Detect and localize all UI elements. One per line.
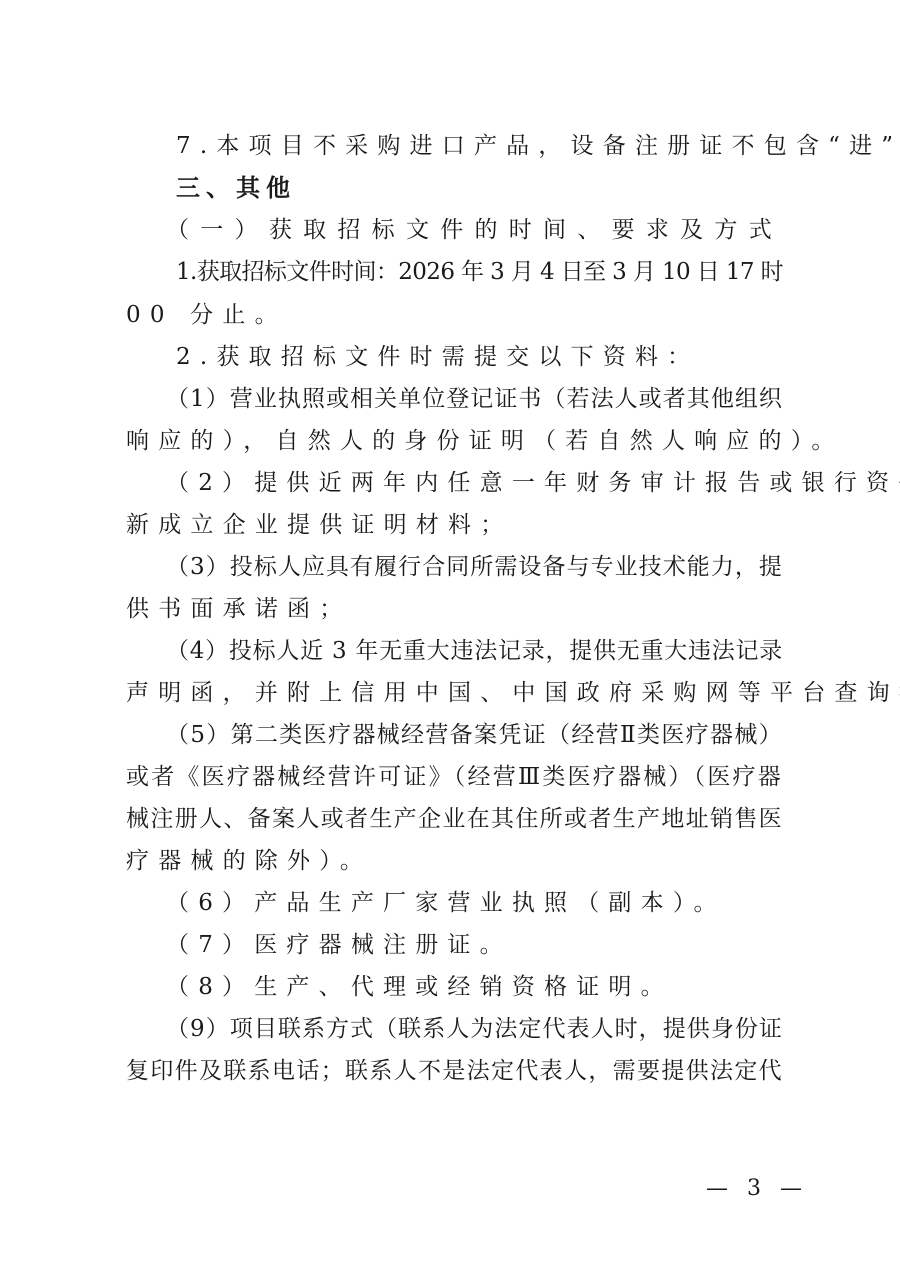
text-line: （8）生产、代理或经销资格证明。 — [166, 972, 673, 1002]
text-line: 供书面承诺函； — [126, 594, 351, 624]
text-line: （1）营业执照或相关单位登记证书（若法人或者其他组织 — [166, 384, 783, 414]
section-heading: 三、其他 — [176, 173, 296, 203]
text-line: 00 分止。 — [126, 300, 287, 330]
text-line: 或者《医疗器械经营许可证》（经营Ⅲ类医疗器械）（医疗器 — [126, 762, 783, 792]
text-line: （6）产品生产厂家营业执照（副本）。 — [166, 888, 726, 918]
text-line: （2）提供近两年内任意一年财务审计报告或银行资信证明； — [166, 468, 900, 498]
text-line: 1.获取招标文件时间：2026 年 3 月 4 日至 3 月 10 日 17 时 — [176, 257, 783, 287]
text-line: 械注册人、备案人或者生产企业在其住所或者生产地址销售医 — [126, 804, 783, 834]
text-line: 复印件及联系电话；联系人不是法定代表人，需要提供法定代 — [126, 1056, 783, 1086]
text-line: 声明函，并附上信用中国、中国政府采购网等平台查询截图； — [126, 678, 900, 708]
text-line: （一）获取招标文件的时间、要求及方式 — [166, 215, 783, 245]
text-line: （4）投标人近 3 年无重大违法记录，提供无重大违法记录 — [166, 636, 783, 666]
text-line: 7.本项目不采购进口产品，设备注册证不包含“进”字。 — [176, 131, 900, 161]
text-line: 2.获取招标文件时需提交以下资料： — [176, 342, 699, 372]
text-line: （5）第二类医疗器械经营备案凭证（经营Ⅱ类医疗器械） — [166, 720, 783, 750]
text-line: 响应的），自然人的身份证明（若自然人响应的）。 — [126, 426, 844, 456]
text-line: （3）投标人应具有履行合同所需设备与专业技术能力，提 — [166, 552, 783, 582]
text-line: 疗器械的除外）。 — [126, 846, 372, 876]
page-number: — 3 — — [706, 1176, 808, 1201]
text-line: （9）项目联系方式（联系人为法定代表人时，提供身份证 — [166, 1014, 783, 1044]
text-line: 新成立企业提供证明材料； — [126, 510, 512, 540]
text-line: （7）医疗器械注册证。 — [166, 930, 512, 960]
